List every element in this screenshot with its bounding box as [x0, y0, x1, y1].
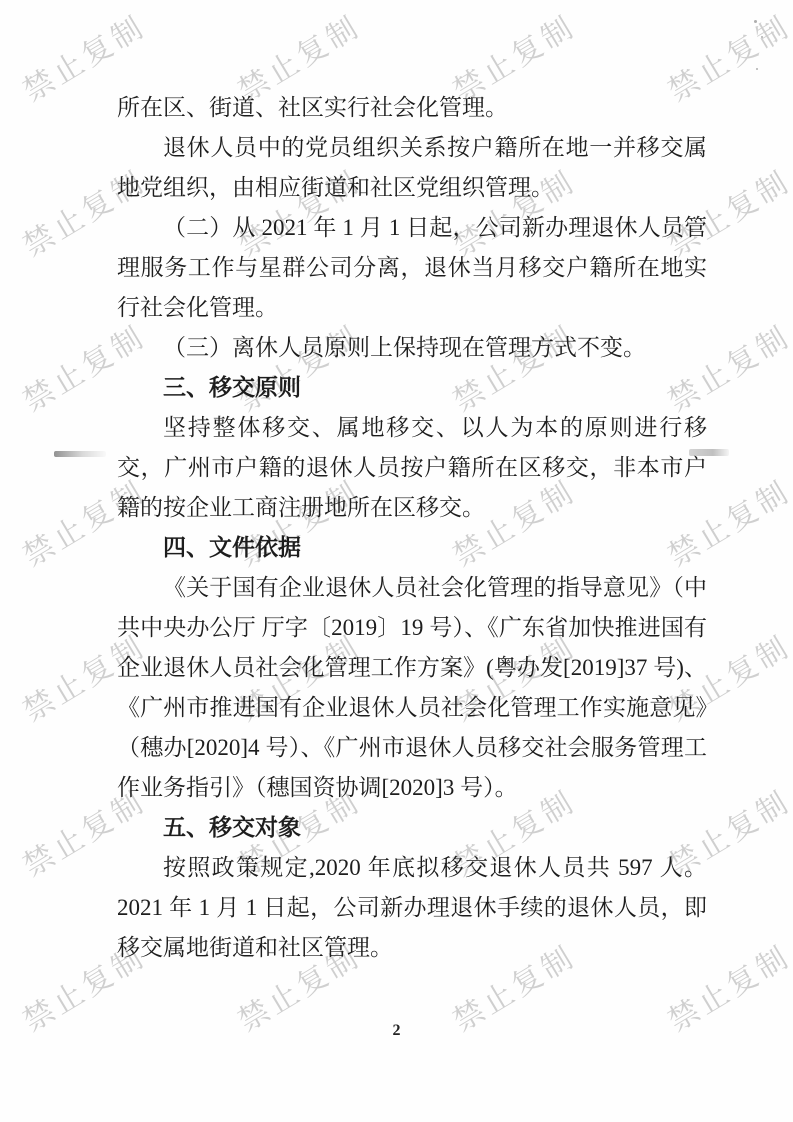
scan-speckle [754, 20, 757, 23]
document-page: 禁止复制禁止复制禁止复制禁止复制禁止复制禁止复制禁止复制禁止复制禁止复制禁止复制… [0, 0, 793, 1122]
paragraph: 所在区、街道、社区实行社会化管理。 [117, 88, 707, 128]
scan-artifact-dash-left [54, 451, 106, 457]
scan-speckle [761, 36, 763, 38]
paragraph: 坚持整体移交、属地移交、以人为本的原则进行移交，广州市户籍的退休人员按户籍所在区… [117, 408, 707, 528]
paragraph: 《关于国有企业退休人员社会化管理的指导意见》（中共中央办公厅 厅字〔2019〕1… [117, 568, 707, 808]
scan-speckle [756, 68, 758, 70]
document-content: 所在区、街道、社区实行社会化管理。退休人员中的党员组织关系按户籍所在地一并移交属… [117, 88, 707, 968]
section-heading: 四、文件依据 [117, 528, 707, 568]
page-number: 2 [0, 1022, 793, 1040]
paragraph: （三）离休人员原则上保持现在管理方式不变。 [117, 328, 707, 368]
paragraph: （二）从 2021 年 1 月 1 日起，公司新办理退休人员管理服务工作与星群公… [117, 208, 707, 328]
paragraph: 退休人员中的党员组织关系按户籍所在地一并移交属地党组织，由相应街道和社区党组织管… [117, 128, 707, 208]
scan-artifact-dash-right [689, 449, 729, 456]
section-heading: 五、移交对象 [117, 808, 707, 848]
section-heading: 三、移交原则 [117, 368, 707, 408]
paragraph: 按照政策规定,2020 年底拟移交退休人员共 597 人。2021 年 1 月 … [117, 848, 707, 968]
